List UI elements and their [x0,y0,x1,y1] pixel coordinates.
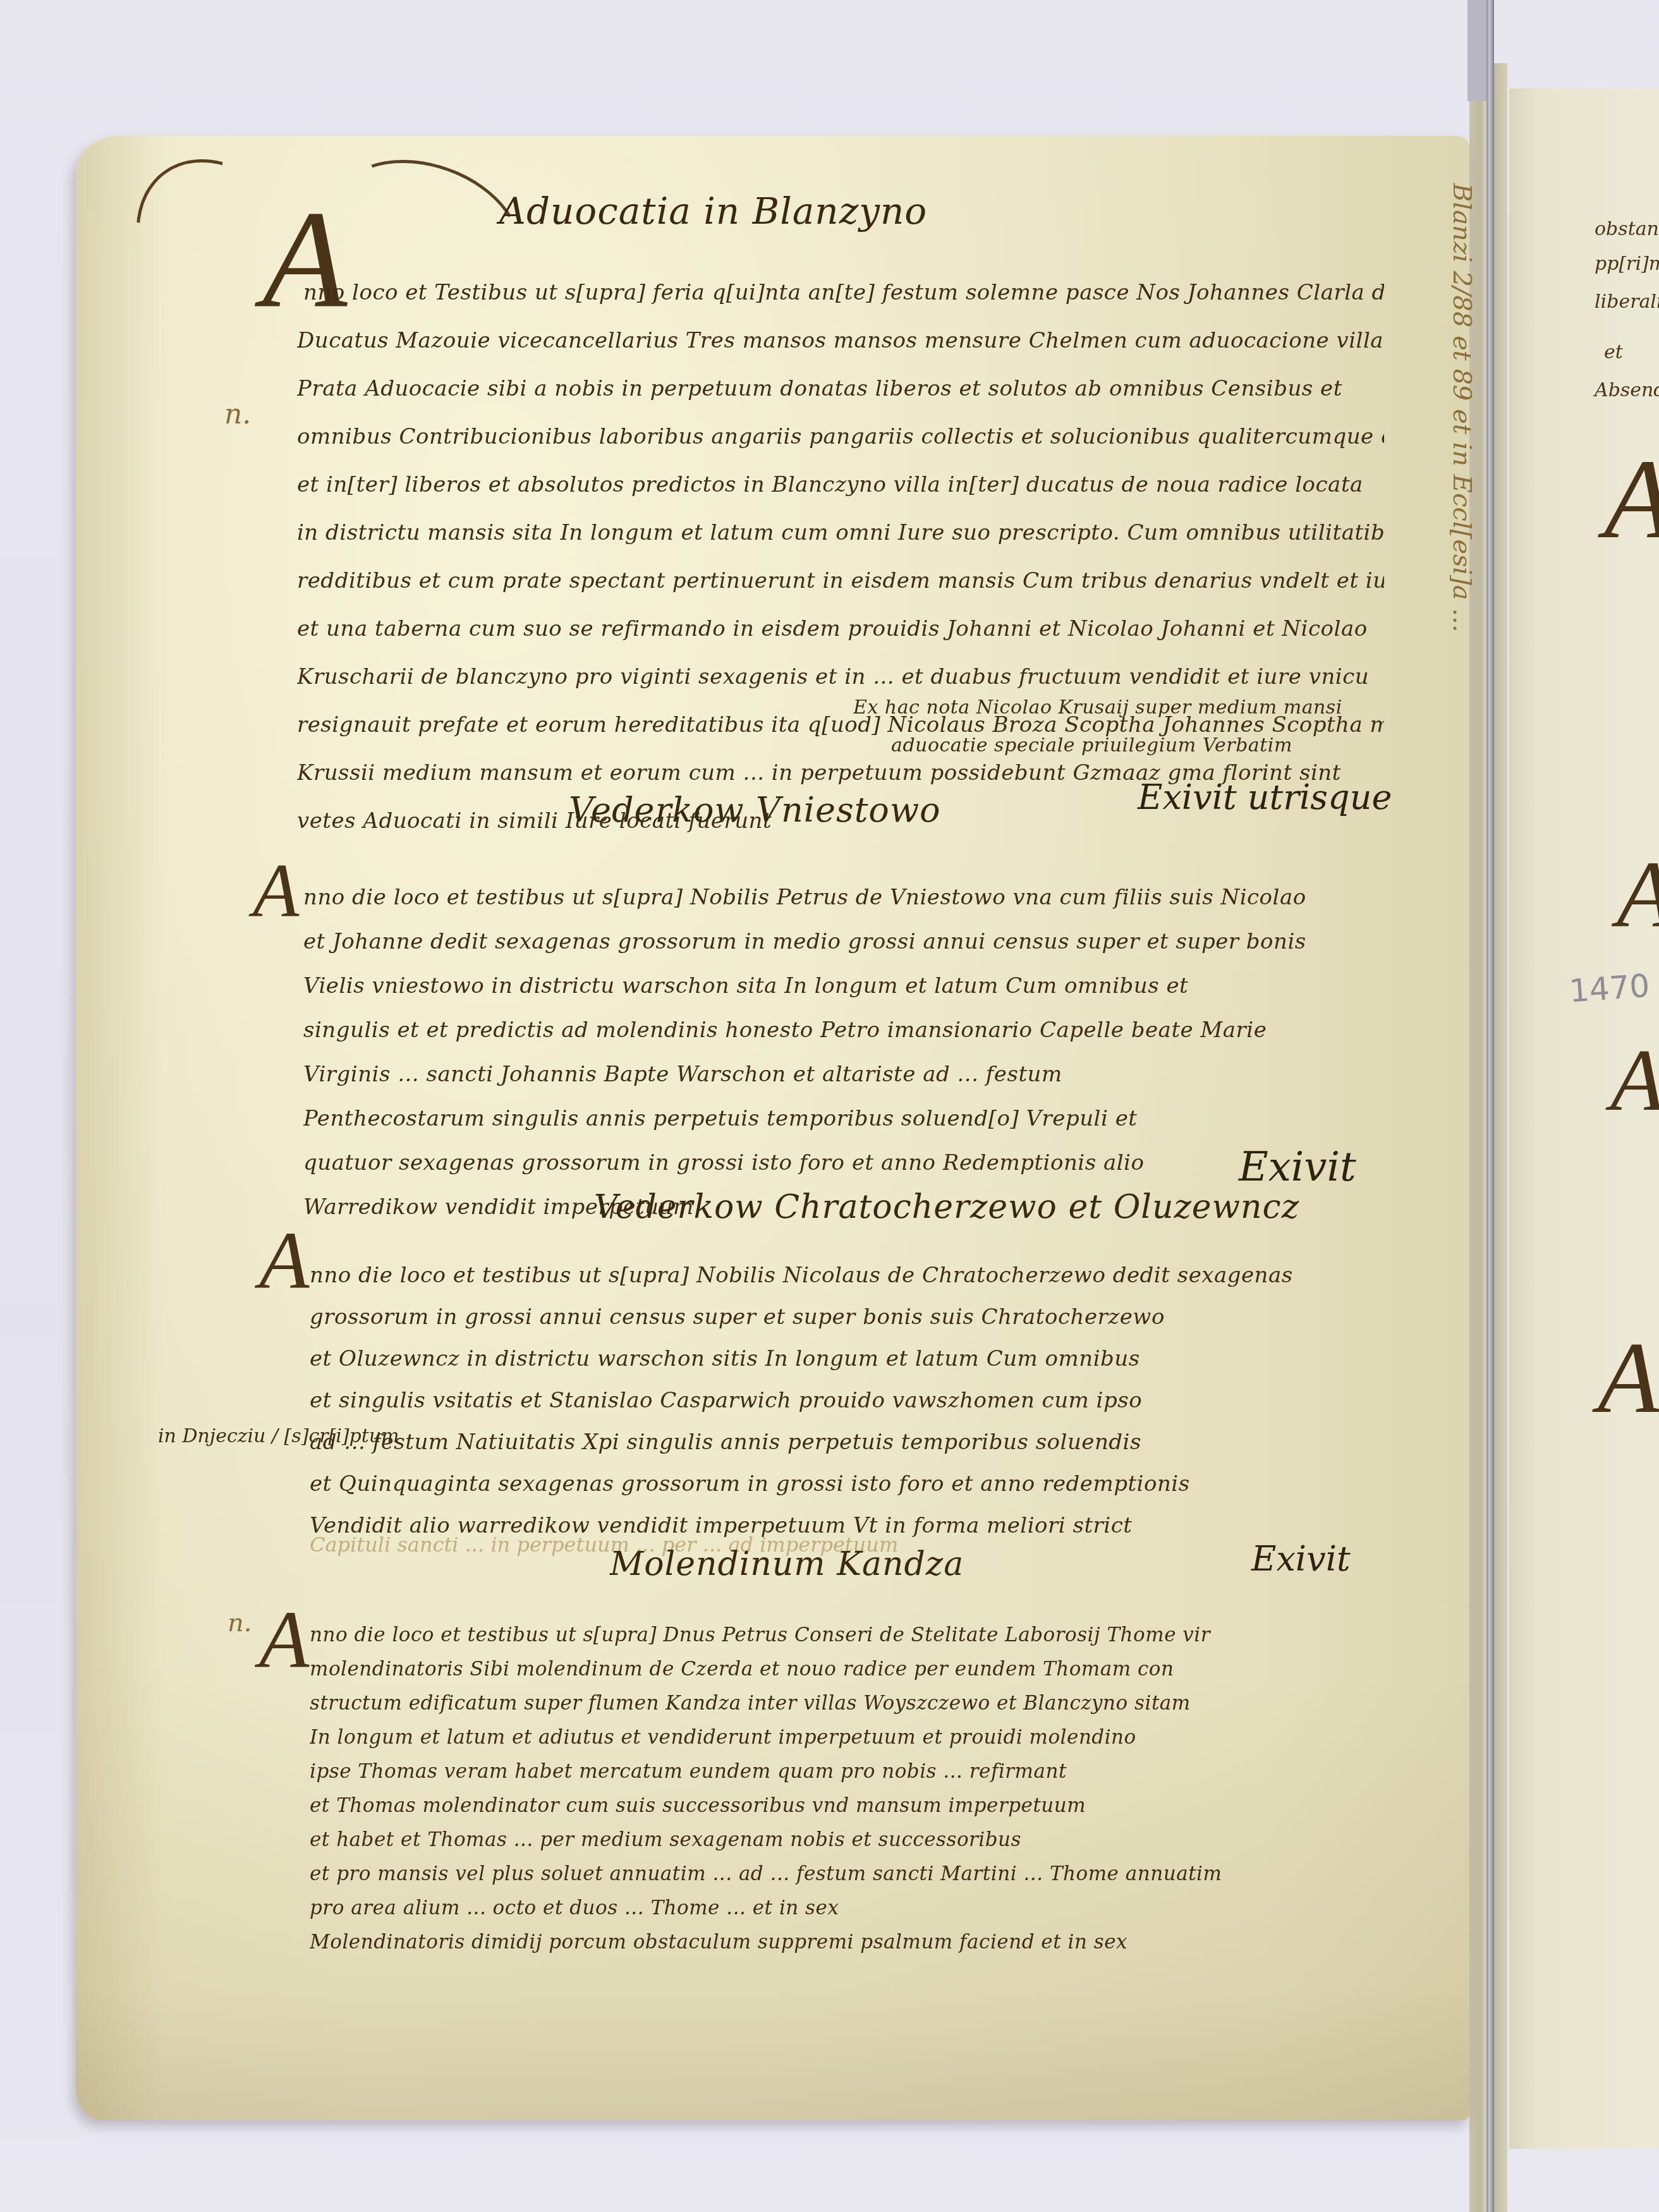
text-line: Ducatus Mazouie vicecancellarius Tres ma… [297,317,1384,365]
facing-initial-icon: A [1598,1327,1659,1428]
decorated-initial-icon: A [259,1220,309,1302]
facing-fragment: obstando [1595,218,1659,240]
text-line: Ex hac nota Nicolao Krusaij super medium… [853,689,1371,727]
text-line: et Oluzewncz in districtu warschon sitis… [310,1338,1384,1380]
text-line: et pro mansis vel plus soluet annuatim .… [310,1857,1384,1891]
text-line: molendinatoris Sibi molendinum de Czerda… [310,1652,1384,1686]
text-line: in districtu mansis sita In longum et la… [297,509,1384,557]
facing-initial-icon: A [1617,847,1659,942]
decorated-initial-icon: A [259,1599,309,1681]
facing-fragment: et [1604,341,1623,363]
text-line: aduocatie speciale priuilegium Verbatim [853,727,1371,765]
text-line: ipse Thomas veram habet mercatum eundem … [310,1754,1384,1789]
text-line: et Quinquaginta sexagenas grossorum in g… [310,1463,1384,1505]
facing-fragment: liberalibus [1595,291,1659,313]
entry-body: nno die loco et testibus ut s[upra] Dnus… [310,1618,1384,1959]
gutter-notch [1468,0,1486,101]
entry-heading: Molendinum Kandza [610,1545,964,1583]
text-line: Molendinatoris dimidij porcum obstaculum… [310,1925,1384,1959]
entry-heading: Vederkow Chratocherzewo et Oluzewncz [594,1188,1299,1226]
text-line: et singulis vsitatis et Stanislao Caspar… [310,1380,1384,1421]
facing-initial-icon: A [1604,442,1659,556]
text-line: Prata Aduocacie sibi a nobis in perpetuu… [297,365,1384,413]
text-line: nno die loco et testibus ut s[upra] Nobi… [310,1255,1384,1296]
exivit-mark: Exivit utrisque [1138,777,1392,817]
text-line: pro area alium ... octo et duos ... Thom… [310,1891,1384,1925]
text-line: et in[ter] liberos et absolutos predicto… [297,461,1384,509]
entry-heading: Aduocatia in Blanzyno [499,190,927,233]
margin-note: n. [228,1608,252,1638]
page-holder-rod [1486,0,1494,2212]
text-line: singulis et et predictis ad molendinis h… [303,1008,1378,1052]
text-line: omnibus Contribucionibus laboribus angar… [297,413,1384,461]
decorated-initial-icon: A [253,853,299,929]
text-line: nno loco et Testibus ut s[upra] feria q[… [297,269,1384,317]
text-line: grossorum in grossi annui census super e… [310,1296,1384,1338]
text-line: structum edificatum super flumen Kandza … [310,1686,1384,1720]
text-line: et una taberna cum suo se refirmando in … [297,605,1384,653]
text-line: et Johanne dedit sexagenas grossorum in … [303,920,1378,964]
facing-fragment: pp[ri]mum [1595,253,1659,275]
text-line: Vielis vniestowo in districtu warschon s… [303,964,1378,1008]
margin-note: n. [224,398,251,430]
text-line: nno die loco et testibus ut s[upra] Nobi… [303,875,1378,920]
entry-body: nno die loco et testibus ut s[upra] Nobi… [310,1255,1384,1547]
entry-body: nno die loco et testibus ut s[upra] Nobi… [303,875,1378,1229]
entry-subnote: Ex hac nota Nicolao Krusaij super medium… [853,689,1371,765]
text-line: quatuor sexagenas grossorum in grossi is… [303,1141,1378,1185]
exivit-mark: Exivit [1251,1539,1351,1579]
text-line: In longum et latum et adiutus et vendide… [310,1720,1384,1754]
text-line: ad ... festum Natiuitatis Xpi singulis a… [310,1421,1384,1463]
pencil-annotation: 1470 [1568,968,1651,1010]
exivit-mark: Exivit [1239,1144,1356,1191]
text-line: et Thomas molendinator cum suis successo… [310,1789,1384,1823]
entry-heading: Vederkow Vniestowo [569,790,941,830]
facing-initial-icon: A [1610,1036,1659,1125]
facing-page: obstando pp[ri]mum liberalibus et Absend… [1509,88,1659,2149]
text-line: Penthecostarum singulis annis perpetuis … [303,1097,1378,1141]
facing-fragment: Absendo [1595,379,1659,401]
text-line: Virginis ... sancti Johannis Bapte Warsc… [303,1052,1378,1097]
vertical-margin-note: Blanzi 2/88 et 89 et in Eccl[esi]a ... [1447,183,1476,632]
text-line: redditibus et cum prate spectant pertinu… [297,557,1384,605]
text-line: nno die loco et testibus ut s[upra] Dnus… [310,1618,1384,1652]
text-line: et habet et Thomas ... per medium sexage… [310,1823,1384,1857]
